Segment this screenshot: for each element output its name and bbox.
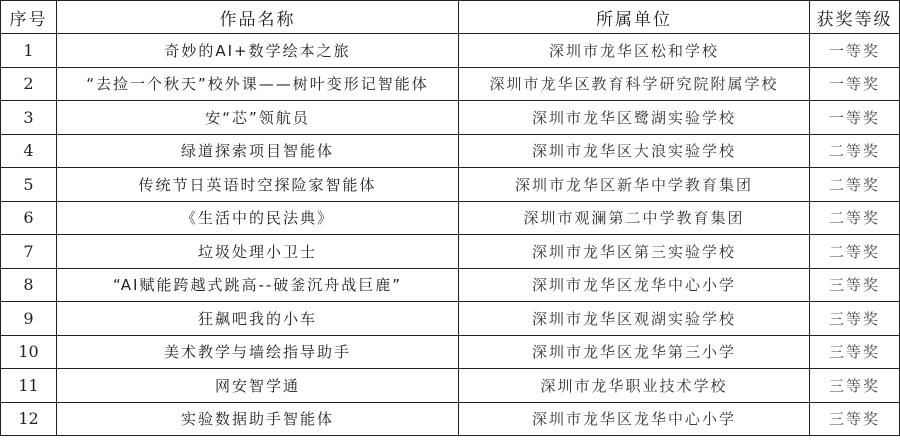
cell-name: 实验数据助手智能体 (57, 402, 459, 436)
cell-index: 11 (1, 369, 57, 403)
cell-unit: 深圳市龙华区大浪实验学校 (459, 134, 810, 168)
table-row: 9 狂飙吧我的小车 深圳市龙华区观湖实验学校 三等奖 (1, 302, 900, 336)
cell-unit: 深圳市龙华区龙华中心小学 (459, 268, 810, 302)
table-row: 12 实验数据助手智能体 深圳市龙华区龙华中心小学 三等奖 (1, 402, 900, 436)
cell-unit: 深圳市龙华区观湖实验学校 (459, 302, 810, 336)
cell-unit: 深圳市龙华区新华中学教育集团 (459, 168, 810, 202)
header-name: 作品名称 (57, 1, 459, 34)
cell-level: 一等奖 (810, 34, 900, 68)
table-row: 6 《生活中的民法典》 深圳市观澜第二中学教育集团 二等奖 (1, 201, 900, 235)
cell-unit: 深圳市龙华区鹭湖实验学校 (459, 101, 810, 135)
cell-level: 三等奖 (810, 402, 900, 436)
header-level: 获奖等级 (810, 1, 900, 34)
table-row: 7 垃圾处理小卫士 深圳市龙华区第三实验学校 二等奖 (1, 235, 900, 269)
cell-level: 三等奖 (810, 268, 900, 302)
cell-level: 二等奖 (810, 201, 900, 235)
cell-index: 8 (1, 268, 57, 302)
cell-index: 1 (1, 34, 57, 68)
cell-unit: 深圳市观澜第二中学教育集团 (459, 201, 810, 235)
cell-level: 二等奖 (810, 235, 900, 269)
cell-name: 美术教学与墙绘指导助手 (57, 335, 459, 369)
cell-unit: 深圳市龙华区龙华中心小学 (459, 402, 810, 436)
cell-index: 4 (1, 134, 57, 168)
cell-name: 网安智学通 (57, 369, 459, 403)
cell-unit: 深圳市龙华职业技术学校 (459, 369, 810, 403)
cell-index: 7 (1, 235, 57, 269)
cell-name: “去捡一个秋天”校外课——树叶变形记智能体 (57, 67, 459, 101)
cell-level: 三等奖 (810, 369, 900, 403)
table-row: 10 美术教学与墙绘指导助手 深圳市龙华区龙华第三小学 三等奖 (1, 335, 900, 369)
cell-level: 三等奖 (810, 335, 900, 369)
cell-level: 三等奖 (810, 302, 900, 336)
cell-name: 传统节日英语时空探险家智能体 (57, 168, 459, 202)
cell-index: 9 (1, 302, 57, 336)
cell-level: 一等奖 (810, 67, 900, 101)
cell-index: 2 (1, 67, 57, 101)
cell-name: 垃圾处理小卫士 (57, 235, 459, 269)
cell-name: 《生活中的民法典》 (57, 201, 459, 235)
cell-name: 狂飙吧我的小车 (57, 302, 459, 336)
header-unit: 所属单位 (459, 1, 810, 34)
table-row: 4 绿道探索项目智能体 深圳市龙华区大浪实验学校 二等奖 (1, 134, 900, 168)
cell-unit: 深圳市龙华区龙华第三小学 (459, 335, 810, 369)
cell-unit: 深圳市龙华区松和学校 (459, 34, 810, 68)
cell-level: 一等奖 (810, 101, 900, 135)
cell-index: 5 (1, 168, 57, 202)
table-row: 1 奇妙的AI+数学绘本之旅 深圳市龙华区松和学校 一等奖 (1, 34, 900, 68)
cell-index: 10 (1, 335, 57, 369)
awards-table: 序号 作品名称 所属单位 获奖等级 1 奇妙的AI+数学绘本之旅 深圳市龙华区松… (0, 0, 900, 436)
header-index: 序号 (1, 1, 57, 34)
cell-unit: 深圳市龙华区第三实验学校 (459, 235, 810, 269)
cell-name: 绿道探索项目智能体 (57, 134, 459, 168)
cell-name: “AI赋能跨越式跳高--破釜沉舟战巨鹿” (57, 268, 459, 302)
table-row: 5 传统节日英语时空探险家智能体 深圳市龙华区新华中学教育集团 二等奖 (1, 168, 900, 202)
cell-name: 安“芯”领航员 (57, 101, 459, 135)
table-row: 8 “AI赋能跨越式跳高--破釜沉舟战巨鹿” 深圳市龙华区龙华中心小学 三等奖 (1, 268, 900, 302)
cell-index: 3 (1, 101, 57, 135)
cell-unit: 深圳市龙华区教育科学研究院附属学校 (459, 67, 810, 101)
header-row: 序号 作品名称 所属单位 获奖等级 (1, 1, 900, 34)
table-row: 11 网安智学通 深圳市龙华职业技术学校 三等奖 (1, 369, 900, 403)
table-row: 3 安“芯”领航员 深圳市龙华区鹭湖实验学校 一等奖 (1, 101, 900, 135)
cell-index: 12 (1, 402, 57, 436)
cell-name: 奇妙的AI+数学绘本之旅 (57, 34, 459, 68)
table-row: 2 “去捡一个秋天”校外课——树叶变形记智能体 深圳市龙华区教育科学研究院附属学… (1, 67, 900, 101)
cell-level: 二等奖 (810, 168, 900, 202)
cell-index: 6 (1, 201, 57, 235)
cell-level: 二等奖 (810, 134, 900, 168)
